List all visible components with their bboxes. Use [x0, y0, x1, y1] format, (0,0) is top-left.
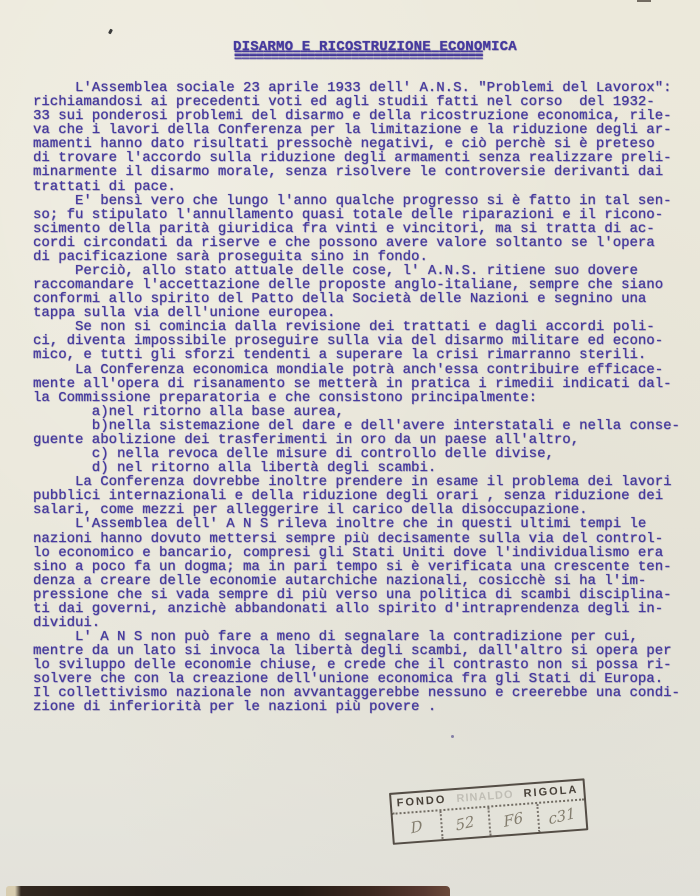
text-line: cordi circondati da riserve e che posson… [33, 236, 680, 250]
stamp-rigola-label: RIGOLA [523, 784, 579, 800]
archive-stamp-box: FONDO RINALDO RIGOLA D 52 F6 c31 [389, 778, 588, 845]
text-line: mente all'opera di risanamento se metter… [33, 377, 680, 391]
text-line: c) nella revoca delle misure di controll… [33, 447, 680, 461]
text-line: ti dai governi, anzichè abbandonati allo… [33, 602, 680, 616]
text-line: lo economico e bancario, compresi gli St… [33, 546, 680, 560]
text-line: L' A N S non può fare a meno di segnalar… [33, 630, 680, 644]
title-underline-second-strike: ================================== [234, 50, 482, 66]
text-line: nazioni hanno dovuto mettersi sempre più… [33, 532, 680, 546]
scan-bottom-edge [6, 886, 450, 896]
handwritten-mark: 52 [455, 812, 476, 834]
archive-stamp: FONDO RINALDO RIGOLA D 52 F6 c31 [389, 778, 588, 845]
text-line: scimento della parità giuridica fra vint… [33, 222, 680, 236]
ink-speck [451, 735, 454, 738]
text-line: guente abolizione dei trasferimenti in o… [33, 433, 680, 447]
text-line: L'Assemblea dell' A N S rileva inoltre c… [33, 517, 680, 531]
text-line: a)nel ritorno alla base aurea, [33, 405, 680, 419]
text-line: E' bensì vero che lungo l'anno qualche p… [33, 194, 680, 208]
stamp-middle-label: RINALDO [456, 789, 514, 805]
stamp-cell-2: 52 [441, 808, 491, 840]
text-line: so; fu stipulato l'annullamento quasi to… [33, 208, 680, 222]
text-line: b)nella sistemazione del dare e dell'ave… [33, 419, 680, 433]
stamp-cell-4: c31 [538, 800, 586, 831]
text-line: La Conferenza economica mondiale potrà a… [33, 363, 680, 377]
text-line: trattati di pace. [33, 180, 680, 194]
text-line: mico, e tutti gli sforzi tendenti a supe… [33, 348, 680, 362]
handwritten-mark: D [410, 817, 424, 838]
handwritten-mark: c31 [547, 804, 576, 828]
text-line: la Commissione preparatoria e che consis… [33, 391, 680, 405]
handwritten-mark: F6 [503, 808, 525, 831]
text-line: di pacificazione sarà proseguita sino in… [33, 250, 680, 264]
stamp-fondo-label: FONDO [396, 794, 446, 810]
stamp-cell-3: F6 [489, 804, 539, 836]
stamp-cell-1: D [393, 811, 443, 843]
text-line: pressione che si vada sempre di più vers… [33, 588, 680, 602]
text-line: dividui. [33, 616, 680, 630]
text-line: Perciò, allo stato attuale delle cose, l… [33, 264, 680, 278]
text-line: denza a creare delle economie autarchich… [33, 574, 680, 588]
ink-speck [108, 29, 113, 35]
scanned-document-page: DISARMO E RICOSTRUZIONE ECONOMICA ======… [0, 0, 700, 896]
text-line: sino a poco fa un dogma; ma in pari temp… [33, 560, 680, 574]
scan-edge-mark [637, 0, 651, 2]
text-line: minarmente il disarmo morale, senza riso… [33, 165, 680, 179]
document-body: L'Assemblea sociale 23 aprile 1933 dell'… [33, 81, 680, 715]
text-line: zione di inferiorità per le nazioni più … [33, 700, 680, 714]
text-line: L'Assemblea sociale 23 aprile 1933 dell'… [33, 81, 680, 95]
